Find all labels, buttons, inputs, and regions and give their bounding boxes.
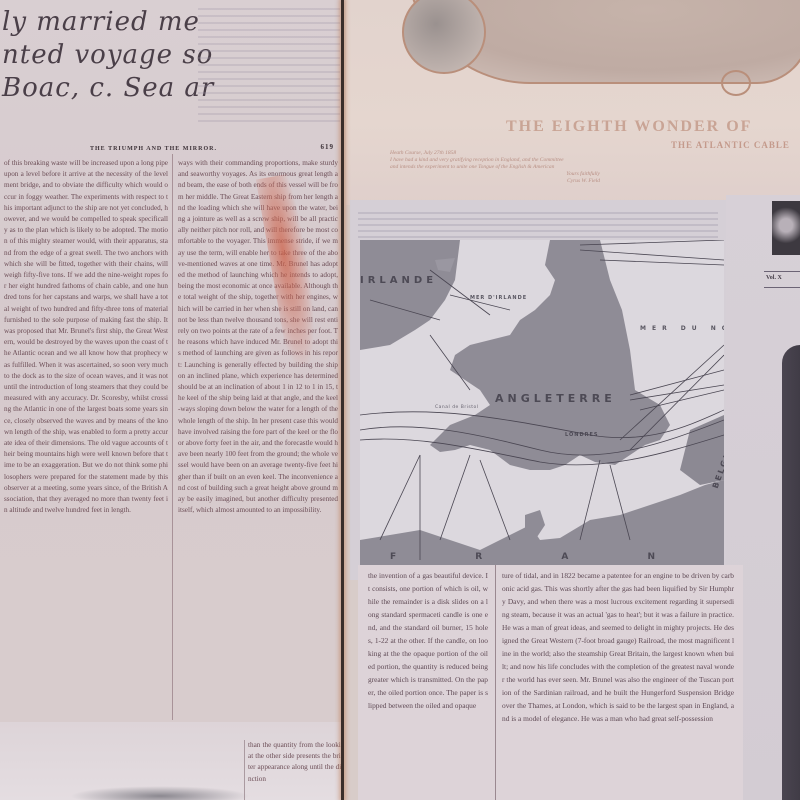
map-label-france: F R A N C E [390,552,724,562]
caption-line: Heath Course, July 27th 1858 [390,150,620,157]
atlantic-cable-engraving: THE EIGHTH WONDER OF THE ATLANTIC CABLE … [346,0,800,205]
engraving-subtitle: THE ATLANTIC CABLE [671,140,790,150]
caption-line: and intends the experiment to unite one … [390,164,620,171]
map-label-north-sea: MER DU NORD [640,325,724,332]
divider-line [764,287,800,288]
engraving-caption: Heath Course, July 27th 1858 I have had … [390,150,620,185]
map-label-england: ANGLETERRE [495,392,616,405]
paper-fold-line [341,0,344,800]
map-sheet: IRLANDE MER D'IRLANDE MER DU NORD ANGLET… [350,200,726,580]
signature-line: Yours faithfully [390,171,620,178]
engraving-title: THE EIGHTH WONDER OF [506,118,752,136]
map-label-london: LONDRES [565,432,598,438]
handwriting-line: nted voyage so [2,39,202,72]
newspaper-left-panel: ly married me nted voyage so Boac, c. Se… [0,0,343,800]
faded-print-block [358,212,718,240]
article-column-d: the invention of a gas beautiful device.… [368,569,488,799]
newspaper-bottom-panel: the invention of a gas beautiful device.… [358,565,743,800]
faded-print-block [198,8,340,126]
handwritten-letter: ly married me nted voyage so Boac, c. Se… [0,0,202,116]
column-divider [495,565,496,800]
page-number: 619 [321,143,335,151]
volume-label: Vol. X [766,275,782,281]
map-label-irish-sea: MER D'IRLANDE [470,295,527,301]
engraving-ornament [721,70,751,96]
cable-route-map: IRLANDE MER D'IRLANDE MER DU NORD ANGLET… [360,240,724,568]
handwriting-line: Boac, c. Sea ar [2,72,202,105]
newspaper-header-title: THE TRIUMPH AND THE MIRROR. [90,146,217,152]
ink-smudge [70,786,250,800]
ornament-thumbnail [772,201,800,255]
map-label-ireland: IRLANDE [360,275,437,286]
dark-portrait-edge [782,345,800,800]
signature-line: Cyrus W. Field [390,178,620,185]
article-column-b: ways with their commanding proportions, … [178,158,338,718]
newspaper-header: THE TRIUMPH AND THE MIRROR. 619 [0,140,340,154]
handwriting-line: ly married me [2,6,202,39]
caption-line: I have had a kind and very gratifying re… [390,157,620,164]
map-label-channel: Canal de Bristol [435,405,479,410]
article-column-c: than the quantity from the looking at th… [244,740,343,800]
divider-line [764,271,800,272]
article-column-e: ture of tidal, and in 1822 became a pate… [502,569,734,799]
article-column-a: of this breaking waste will be increased… [4,158,168,718]
column-divider [172,154,173,720]
